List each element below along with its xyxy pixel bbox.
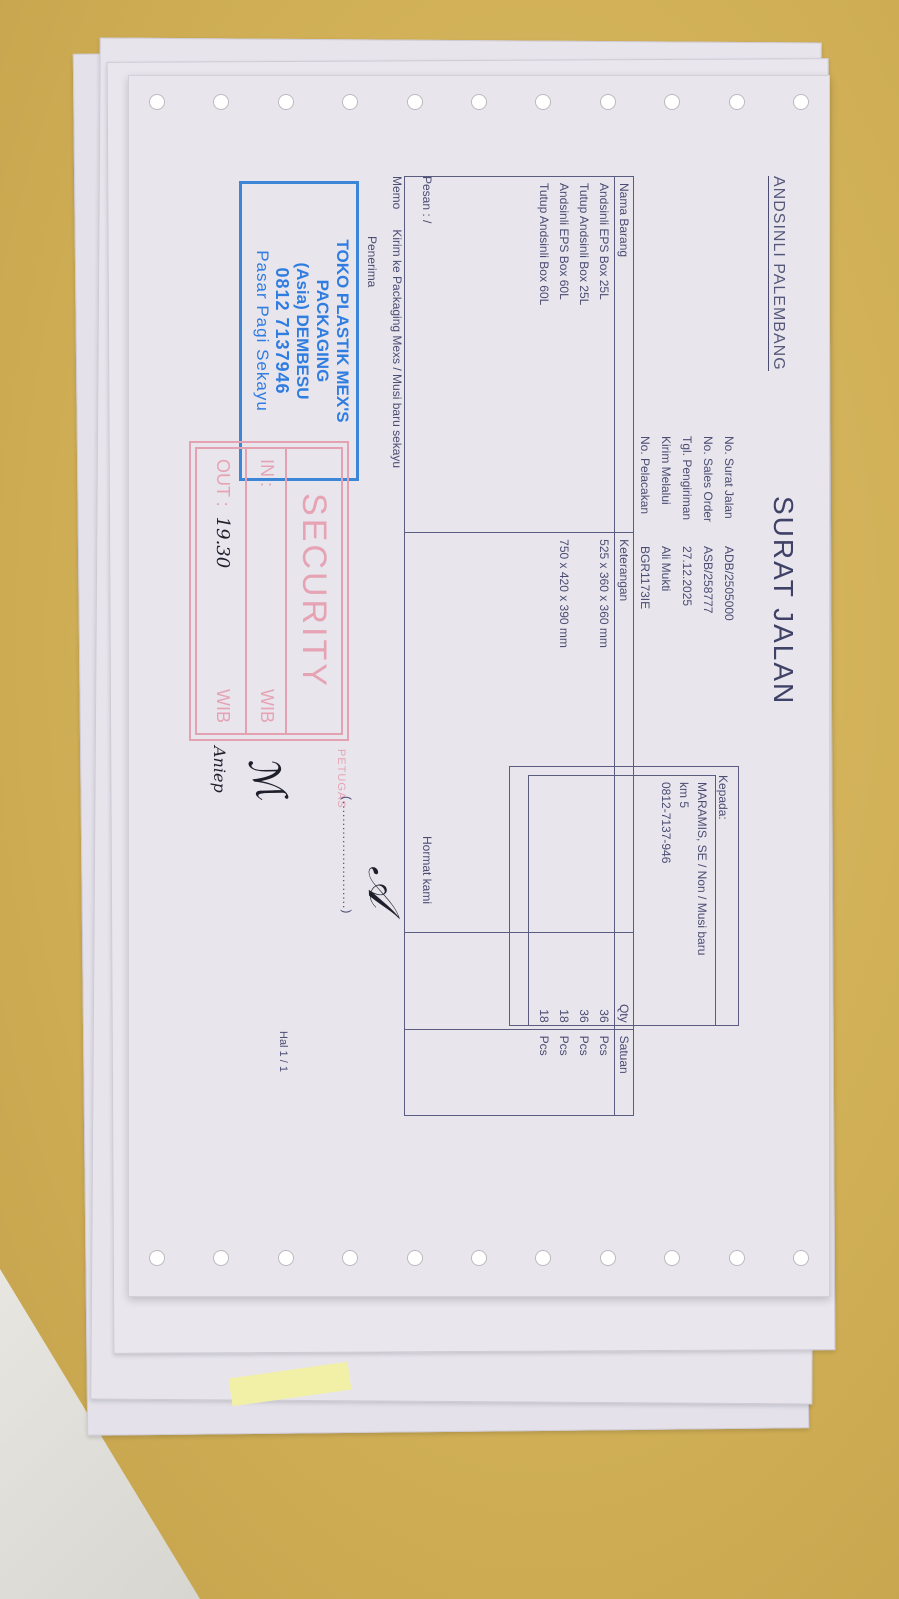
sender-signature: 𝒜 [358, 866, 409, 908]
item-qty: 36 [595, 932, 615, 1029]
document-title: SURAT JALAN [767, 496, 799, 705]
store-stamp-line1: TOKO PLASTIK MEX'S [332, 184, 352, 478]
security-stamp-title: SECURITY [285, 447, 343, 735]
item-name: Tutup Andsinli Box 60L [535, 177, 555, 533]
item-qty: 18 [535, 932, 555, 1029]
item-note: 750 x 420 x 390 mm [555, 533, 575, 932]
store-stamp-line2: PACKAGING [312, 184, 332, 478]
meta-value: ASB/258777 [697, 546, 718, 613]
out-label: OUT : [213, 459, 233, 507]
meta-label: Tgl. Pengiriman [676, 436, 697, 546]
out-unit: WIB [209, 689, 233, 723]
hormat-kami-label: Hormat kami [420, 836, 434, 904]
penerima-label: Penerima [365, 236, 379, 287]
items-table: Nama Barang Keterangan Qty Satuan Andsin… [404, 176, 634, 1116]
table-blank-row [405, 177, 535, 1116]
meta-label: No. Sales Order [697, 436, 718, 546]
security-stamp: SECURITY IN : WIB OUT :19.30 WIB PETUGAS [189, 441, 349, 741]
item-qty: 36 [575, 932, 595, 1029]
col-header: Qty [615, 932, 634, 1029]
security-stamp-in: IN : WIB [245, 447, 285, 735]
col-header: Keterangan [615, 533, 634, 932]
page-number: Hal 1 / 1 [277, 1031, 289, 1072]
meta-value: Ali Mukti [655, 546, 676, 591]
item-note [535, 533, 555, 932]
item-name: Andsinli EPS Box 25L [595, 177, 615, 533]
security-stamp-out: OUT :19.30 WIB [195, 447, 245, 735]
table-row: Tutup Andsinli Box 60L 18 Pcs [535, 177, 555, 1116]
meta-value: ADB/2505000 [718, 546, 739, 621]
item-unit: Pcs [555, 1029, 575, 1115]
store-stamp-line3: (Asia) DEMBESU [292, 184, 312, 478]
store-stamp-address: Pasar Pagi Sekayu [252, 184, 272, 478]
item-note: 525 x 360 x 360 mm [595, 533, 615, 932]
company-name: ANDSINLI PALEMBANG [768, 176, 787, 371]
table-row: Andsinli EPS Box 60L 750 x 420 x 390 mm … [555, 177, 575, 1116]
recipient-line2: km 5 [675, 782, 693, 1020]
document-meta: No. Surat JalanADB/2505000 No. Sales Ord… [634, 436, 739, 621]
item-name: Andsinli EPS Box 60L [555, 177, 575, 533]
out-time: 19.30 [212, 517, 233, 569]
table-row: Andsinli EPS Box 25L 525 x 360 x 360 mm … [595, 177, 615, 1116]
col-header: Satuan [615, 1029, 634, 1115]
recipient-line1: MARAMIS, SE / Non / Musi baru [693, 782, 711, 1020]
meta-label: No. Surat Jalan [718, 436, 739, 546]
table-row: Tutup Andsinli Box 25L 36 Pcs [575, 177, 595, 1116]
security-signer-name: Aniep [210, 746, 229, 793]
memo-line: Memo Kirim ke Packaging Mexs / Musi baru… [390, 176, 404, 468]
store-stamp: TOKO PLASTIK MEX'S PACKAGING (Asia) DEMB… [239, 181, 359, 481]
memo-text: Kirim ke Packaging Mexs / Musi baru seka… [390, 229, 404, 468]
meta-value: 27.12.2025 [676, 546, 697, 606]
meta-label: Kirim Melalui [655, 436, 676, 546]
surat-jalan-sheet: ANDSINLI PALEMBANG SURAT JALAN No. Surat… [128, 75, 830, 1297]
item-qty: 18 [555, 932, 575, 1029]
item-unit: Pcs [535, 1029, 555, 1115]
signature-line: (.........................) [340, 796, 354, 914]
item-unit: Pcs [595, 1029, 615, 1115]
security-signature: ℳ [238, 751, 294, 804]
col-header: Nama Barang [615, 177, 634, 533]
item-name: Tutup Andsinli Box 25L [575, 177, 595, 533]
pesan-line: Pesan : / [420, 176, 434, 223]
document-content: ANDSINLI PALEMBANG SURAT JALAN No. Surat… [129, 76, 829, 1296]
recipient-label: Kepada: [714, 775, 732, 1017]
meta-label: No. Pelacakan [634, 436, 655, 546]
in-unit: WIB [255, 689, 277, 723]
store-stamp-phone: 0812 7137946 [272, 184, 292, 478]
item-note [575, 533, 595, 932]
in-label: IN : [255, 459, 277, 487]
item-unit: Pcs [575, 1029, 595, 1115]
meta-value: BGR1173IE [634, 546, 655, 609]
recipient-phone: 0812-7137-946 [657, 782, 675, 1020]
memo-label: Memo [390, 176, 404, 226]
